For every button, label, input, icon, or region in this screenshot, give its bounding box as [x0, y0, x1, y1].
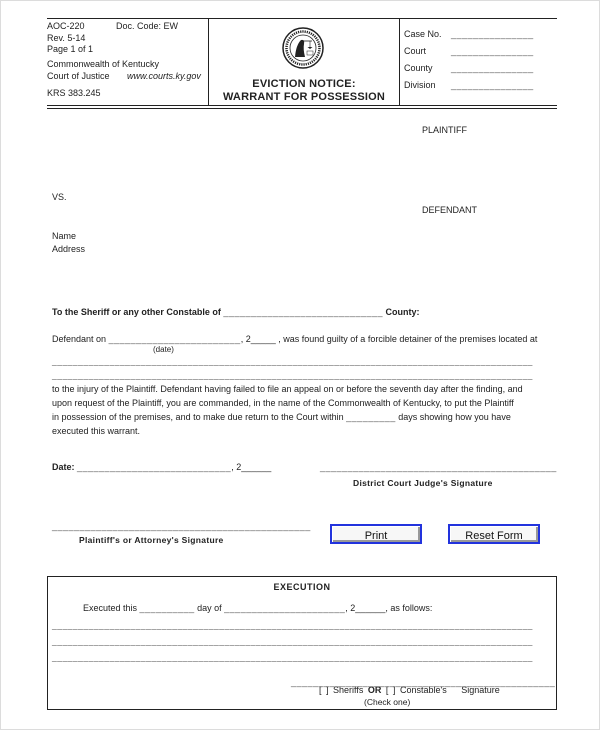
plaintiff-label: PLAINTIFF [422, 125, 467, 135]
court-name: Court of Justice [47, 71, 110, 81]
division-field[interactable]: _______________ [451, 80, 534, 90]
constable-checkbox[interactable]: [ ] [386, 685, 396, 695]
case-no-label: Case No. [404, 29, 442, 39]
signature-label: Signature [461, 685, 500, 695]
judgment-date-field[interactable]: ________________________ [109, 334, 241, 344]
jurisdiction: Commonwealth of Kentucky [47, 59, 159, 69]
form-id: AOC-220 [47, 21, 85, 31]
statute: KRS 383.245 [47, 88, 101, 98]
division-label: Division [404, 80, 436, 90]
executed-prefix: Executed this [83, 603, 137, 613]
paragraph-line-3: in possession of the premises, and to ma… [52, 412, 511, 422]
date-hint: (date) [153, 345, 174, 354]
constable-label: Constable's [400, 685, 447, 695]
return-days-field[interactable]: _________ [346, 412, 396, 422]
date-label: Date: [52, 462, 75, 472]
revision: Rev. 5-14 [47, 33, 85, 43]
county-field[interactable]: _______________ [451, 63, 534, 73]
date-line: Date: ____________________________, 2___… [52, 462, 271, 472]
execution-line-2[interactable]: ________________________________________… [52, 636, 533, 646]
vs-label: VS. [52, 192, 67, 202]
executed-line: Executed this __________ day of ________… [83, 603, 432, 613]
execution-line-3[interactable]: ________________________________________… [52, 652, 533, 662]
print-button[interactable]: Print [330, 524, 422, 544]
defendant-line: Defendant on ________________________, 2… [52, 334, 537, 344]
to-sheriff-suffix: County: [386, 307, 420, 317]
officer-type-line: [ ] Sheriffs OR [ ] Constable's Signatur… [319, 685, 500, 695]
plaintiff-signature-label: Plaintiff's or Attorney's Signature [79, 535, 224, 545]
executed-month-field[interactable]: ______________________ [224, 603, 345, 613]
name-label: Name [52, 231, 76, 241]
address-label: Address [52, 244, 85, 254]
plaintiff-signature-line[interactable]: ________________________________________… [52, 521, 311, 531]
county-label: County [404, 63, 433, 73]
court-seal-icon [282, 27, 324, 69]
premises-address-line-2[interactable]: ________________________________________… [52, 370, 533, 380]
form-title-line1: EVICTION NOTICE: [209, 78, 399, 90]
defendant-suffix: , was found guilty of a forcible detaine… [278, 334, 537, 344]
case-no-field[interactable]: _______________ [451, 29, 534, 39]
defendant-prefix: Defendant on [52, 334, 106, 344]
reset-form-button[interactable]: Reset Form [448, 524, 540, 544]
judge-signature-label: District Court Judge's Signature [353, 478, 493, 488]
or-label: OR [368, 685, 382, 695]
execution-title: EXECUTION [47, 582, 557, 592]
defendant-label: DEFENDANT [422, 205, 477, 215]
header-double-rule [47, 105, 557, 109]
to-sheriff-prefix: To the Sheriff or any other Constable of [52, 307, 221, 317]
paragraph-line-3-prefix: in possession of the premises, and to ma… [52, 412, 344, 422]
check-one-hint: (Check one) [364, 697, 410, 707]
court-label: Court [404, 46, 426, 56]
premises-address-line-1[interactable]: ________________________________________… [52, 356, 533, 366]
doc-code: Doc. Code: EW [116, 21, 178, 31]
executed-day-field[interactable]: __________ [140, 603, 195, 613]
paragraph-line-1: to the injury of the Plaintiff. Defendan… [52, 384, 523, 394]
sheriff-checkbox[interactable]: [ ] [319, 685, 329, 695]
paragraph-line-4: executed this warrant. [52, 426, 140, 436]
signature-date-field[interactable]: ____________________________ [77, 462, 231, 472]
page-number: Page 1 of 1 [47, 44, 93, 54]
form-title-line2: WARRANT FOR POSSESSION [209, 91, 399, 103]
header-top-rule [47, 18, 557, 19]
executed-year-field[interactable]: , 2______, as follows: [345, 603, 432, 613]
executed-day-of: day of [197, 603, 222, 613]
paragraph-line-3-suffix: days showing how you have [398, 412, 511, 422]
sheriff-county-field[interactable]: _____________________________ [223, 307, 383, 317]
website-link[interactable]: www.courts.ky.gov [127, 71, 201, 81]
header-divider-right [399, 18, 400, 105]
execution-line-1[interactable]: ________________________________________… [52, 620, 533, 630]
judgment-year-field[interactable]: , 2_____ [241, 334, 276, 344]
court-field[interactable]: _______________ [451, 46, 534, 56]
paragraph-line-2: upon request of the Plaintiff, you are c… [52, 398, 514, 408]
judge-signature-line[interactable]: ________________________________________… [320, 462, 557, 472]
to-sheriff-line: To the Sheriff or any other Constable of… [52, 307, 420, 317]
sheriff-label: Sheriffs [333, 685, 363, 695]
signature-year-field[interactable]: , 2______ [231, 462, 271, 472]
